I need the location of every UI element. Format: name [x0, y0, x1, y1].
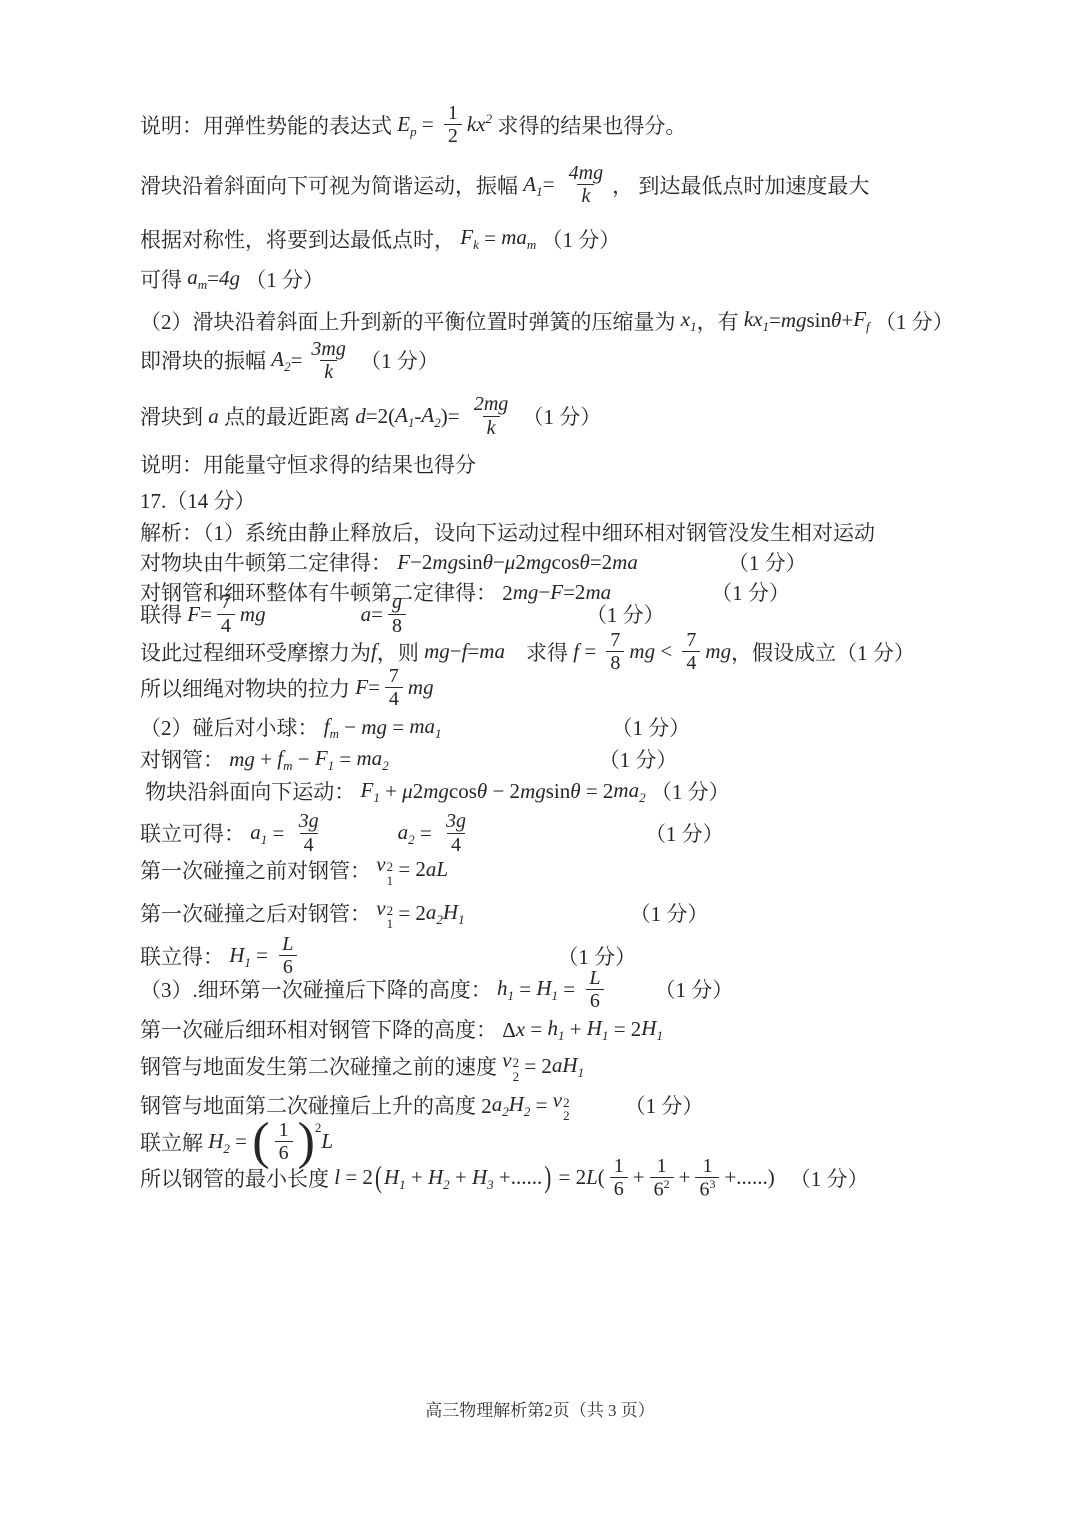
solution-line: 钢管与地面发生第二次碰撞之前的速度 v22 = 2aH1 — [140, 1048, 990, 1083]
text-run: = — [543, 172, 560, 197]
fraction: 12 — [444, 102, 462, 148]
math-run: H1 — [443, 900, 465, 926]
math-run: h1 — [547, 1016, 564, 1042]
math-run: L — [321, 1129, 333, 1154]
math-run: kx2 — [467, 112, 492, 137]
text-run: 第一次碰后细环相对钢管下降的高度： Δ — [140, 1014, 516, 1044]
fraction-numerator: 7 — [606, 629, 624, 651]
score-mark: （1 分） — [625, 1090, 704, 1120]
math-run: Fk — [460, 225, 479, 251]
fraction: L6 — [278, 933, 297, 979]
text-run: 说明：用能量守恒求得的结果也得分 — [140, 449, 476, 479]
fraction: 162 — [650, 1155, 674, 1201]
text-run: 联得 — [140, 599, 187, 629]
sup-sub-stack: 22 — [563, 1096, 570, 1123]
text-run: sin — [546, 779, 571, 804]
score-mark: （1 分） — [612, 712, 691, 742]
fraction: L6 — [585, 967, 604, 1013]
text-run: = 2 — [393, 857, 426, 882]
solution-line: 第一次碰撞之后对钢管： v21 = 2a2H1（1 分） — [140, 896, 990, 931]
text-run: = — [334, 747, 356, 772]
math-run: a — [208, 404, 219, 429]
text-run: 可得 — [140, 264, 187, 294]
math-run: F1 — [361, 778, 380, 804]
text-run: 设此过程细环受摩擦力为 — [140, 637, 371, 667]
close-paren: ) — [298, 1120, 315, 1164]
text-run: 所以细绳对物块的拉力 — [140, 673, 355, 703]
fraction-numerator: 1 — [698, 1155, 716, 1177]
text-run: 2 — [515, 550, 526, 575]
text-run: 联立得： — [140, 941, 229, 971]
text-run: 求得的结果也得分。 — [492, 110, 686, 140]
math-run: v21 — [376, 896, 393, 931]
text-run: （2）滑块沿着斜面上升到新的平衡位置时弹簧的压缩量为 — [140, 306, 681, 336]
math-run: aL — [426, 857, 448, 882]
score-mark: （1 分） — [542, 224, 621, 254]
text-run: 钢管与地面发生第二次碰撞之前的速度 — [140, 1051, 502, 1081]
text-run: = — [251, 943, 273, 968]
math-run: mg — [526, 550, 552, 575]
score-mark: （1 分） — [651, 776, 730, 806]
text-run: cos — [552, 550, 580, 575]
solution-line: 联立可得： a1 = 3g4a2 = 3g4（1 分） — [140, 808, 990, 858]
big-paren: ) — [544, 1160, 551, 1196]
text-run: + — [679, 1165, 691, 1190]
math-run: A1 — [395, 403, 414, 429]
math-run: Ep — [397, 112, 416, 138]
text-run: = 2 — [608, 1017, 641, 1042]
spacer — [411, 614, 586, 615]
text-run: sin — [458, 550, 483, 575]
text-run: + — [380, 779, 402, 804]
text-run: 对物块由牛顿第二定律得： — [140, 547, 397, 577]
math-run: H1 — [641, 1016, 663, 1042]
fraction-denominator: 6 — [275, 1141, 293, 1164]
fraction-numerator: 7 — [217, 591, 235, 613]
math-run: mg — [229, 747, 255, 772]
text-run: 所以钢管的最小长度 — [140, 1163, 334, 1193]
math-run: F — [355, 675, 368, 700]
math-run: ma2 — [357, 746, 389, 772]
text-run: − — [538, 580, 550, 605]
solution-line: 17.（14 分） — [140, 485, 990, 515]
spacer — [638, 562, 728, 563]
fraction-denominator: 4 — [300, 833, 318, 856]
math-run: aH1 — [552, 1053, 584, 1079]
math-run: v21 — [376, 852, 393, 887]
text-run: − 2 — [487, 779, 520, 804]
text-run: （3）.细环第一次碰撞后下降的高度： — [140, 974, 497, 1004]
score-mark: （1 分） — [836, 637, 915, 667]
text-run: = 2 — [581, 779, 614, 804]
fraction-denominator: 4 — [217, 614, 235, 637]
text-run: + — [841, 308, 853, 333]
solution-line: 解析：（1）系统由静止释放后，设向下运动过程中细环相对钢管没发生相对运动 — [140, 517, 990, 547]
text-run: = — [479, 226, 501, 251]
fraction-numerator: 7 — [385, 665, 403, 687]
fraction: 78 — [606, 629, 624, 675]
text-run: = — [415, 821, 437, 846]
text-run: = 2 — [340, 1165, 373, 1190]
math-run: L — [586, 1165, 598, 1190]
text-run: = — [368, 675, 380, 700]
math-run: ma — [479, 639, 505, 664]
text-run: 物块沿斜面向下运动： — [140, 776, 361, 806]
fraction-denominator: 6 — [610, 1177, 628, 1200]
math-run: A1 — [523, 172, 542, 198]
spacer — [389, 759, 599, 760]
text-run: （2）碰后对小球： — [140, 712, 324, 742]
text-run: = — [200, 602, 212, 627]
text-run: 联立解 — [140, 1127, 208, 1157]
math-run: 4g — [219, 266, 240, 291]
fraction-numerator: L — [585, 967, 604, 989]
solution-line: 第一次碰后细环相对钢管下降的高度： Δx = h1 + H1 = 2H1 — [140, 1014, 990, 1044]
solution-line: 根据对称性，将要到达最低点时， Fk = mam （1 分） — [140, 224, 990, 254]
text-run: 滑块沿着斜面向下可视为简谐运动，振幅 — [140, 170, 523, 200]
math-run: mg — [361, 715, 387, 740]
fraction: 3mgk — [307, 338, 349, 384]
fraction: 16 — [275, 1119, 293, 1165]
math-run: am — [187, 265, 207, 291]
math-run: θ — [580, 550, 590, 575]
math-run: mam — [501, 225, 536, 251]
text-run: + — [255, 747, 277, 772]
fraction-numerator: 3g — [295, 810, 323, 832]
text-run: 第一次碰撞之后对钢管： — [140, 898, 376, 928]
math-run: fm — [324, 714, 339, 740]
math-run: mg — [781, 308, 807, 333]
math-run: F — [550, 580, 563, 605]
text-run: 说明：用弹性势能的表达式 — [140, 110, 397, 140]
fraction: 2mgk — [470, 393, 512, 439]
text-run: − — [493, 550, 505, 575]
score-mark: （1 分） — [245, 264, 324, 294]
text-run: =2 — [563, 580, 585, 605]
score-mark: （1 分） — [654, 974, 733, 1004]
math-run: a2 — [426, 900, 443, 926]
text-run: = 2 — [553, 1165, 586, 1190]
fraction: 3g4 — [442, 810, 470, 856]
text-run: =2 — [590, 550, 612, 575]
solution-line: 第一次碰撞之前对钢管： v21 = 2aL — [140, 852, 990, 887]
text-run: = — [558, 977, 580, 1002]
spacer — [465, 913, 630, 914]
score-mark: （1 分） — [586, 599, 665, 629]
text-run: − — [293, 747, 315, 772]
text-run: −2 — [410, 550, 432, 575]
text-run: sin — [807, 308, 832, 333]
big-paren: ( — [375, 1160, 382, 1196]
score-mark: （1 分） — [728, 547, 807, 577]
math-run: ma2 — [613, 778, 645, 804]
math-run: mg — [432, 550, 458, 575]
fraction: 74 — [385, 665, 403, 711]
solution-line: 所以细绳对物块的拉力 F=74mg — [140, 663, 990, 713]
text-run: ，有 — [697, 306, 744, 336]
math-run: mg — [424, 639, 450, 664]
math-run: θ — [570, 779, 580, 804]
math-run: H1 — [587, 1016, 609, 1042]
math-run: kx1 — [744, 307, 769, 333]
math-run: H3 — [472, 1165, 494, 1191]
text-run: 联立可得： — [140, 818, 250, 848]
solution-line: 滑块沿着斜面向下可视为简谐运动，振幅 A1= 4mgk， 到达最低点时加速度最大 — [140, 160, 990, 210]
math-run: ma — [612, 550, 638, 575]
text-run: = — [579, 639, 601, 664]
math-run: A2 — [421, 403, 440, 429]
score-mark: （1 分） — [711, 577, 790, 607]
text-run: 对钢管： — [140, 744, 229, 774]
score-mark: （1 分） — [360, 345, 439, 375]
text-run: 第一次碰撞之前对钢管： — [140, 855, 376, 885]
text-run: =2( — [366, 404, 395, 429]
fraction-denominator: 6 — [586, 989, 604, 1012]
spacer — [266, 614, 361, 615]
math-run: F — [187, 602, 200, 627]
spacer — [611, 592, 711, 593]
fraction-numerator: 2mg — [470, 393, 512, 415]
text-run: = — [467, 639, 479, 664]
fraction: 16 — [610, 1155, 628, 1201]
text-run: ，则 — [377, 637, 424, 667]
fraction: 74 — [217, 591, 235, 637]
text-run: = — [371, 602, 383, 627]
fraction-denominator: 2 — [444, 124, 462, 147]
text-run: ， 到达最低点时加速度最大 — [612, 170, 869, 200]
solution-line: 说明：用能量守恒求得的结果也得分 — [140, 449, 990, 479]
fraction-numerator: L — [278, 933, 297, 955]
solution-line: 物块沿斜面向下运动： F1 + μ2mgcosθ − 2mgsinθ = 2ma… — [140, 776, 990, 806]
spacer — [475, 833, 645, 834]
math-run: θ — [831, 308, 841, 333]
solution-line: 可得 am=4g （1 分） — [140, 264, 990, 294]
math-run: v22 — [502, 1048, 519, 1083]
fraction-denominator: k — [577, 184, 594, 207]
math-run: mg — [520, 779, 546, 804]
text-run: + — [406, 1165, 428, 1190]
text-run: = — [417, 112, 439, 137]
text-run: = — [530, 1093, 552, 1118]
fraction-denominator: 4 — [385, 687, 403, 710]
math-run: h1 — [497, 976, 514, 1002]
math-run: mg — [705, 639, 731, 664]
document-page: 说明：用弹性势能的表达式 Ep = 12kx2 求得的结果也得分。滑块沿着斜面向… — [0, 0, 1080, 1527]
math-run: fm — [277, 746, 292, 772]
math-run: d — [355, 404, 366, 429]
solution-line: 说明：用弹性势能的表达式 Ep = 12kx2 求得的结果也得分。 — [140, 100, 990, 150]
fraction-numerator: 1 — [275, 1119, 293, 1141]
text-run: cos — [449, 779, 477, 804]
spacer — [775, 1177, 790, 1178]
math-run: F — [397, 550, 410, 575]
text-run: 求得 — [505, 637, 573, 667]
math-run: mg — [629, 639, 655, 664]
text-run: − — [450, 639, 462, 664]
fraction-numerator: 4mg — [565, 162, 607, 184]
text-run: 点的最近距离 — [219, 401, 356, 431]
fraction: g8 — [388, 591, 406, 637]
fraction-denominator: 63 — [695, 1177, 719, 1201]
solution-line: 对物块由牛顿第二定律得： F−2mgsinθ−μ2mgcosθ=2ma（1 分） — [140, 547, 990, 577]
math-run: H1 — [229, 943, 251, 969]
math-run: H2 — [509, 1092, 531, 1118]
solution-lines: 说明：用弹性势能的表达式 Ep = 12kx2 求得的结果也得分。滑块沿着斜面向… — [140, 100, 990, 1203]
text-run: )= — [441, 404, 465, 429]
fraction: 4mgk — [565, 162, 607, 208]
text-run: = — [525, 1017, 547, 1042]
fraction-denominator: 4 — [447, 833, 465, 856]
paren-fraction: (16)2 — [252, 1117, 321, 1167]
math-run: H2 — [208, 1129, 230, 1155]
fraction-numerator: g — [388, 591, 406, 613]
spacer — [328, 833, 398, 834]
fraction: 74 — [682, 629, 700, 675]
text-run: 根据对称性，将要到达最低点时， — [140, 224, 460, 254]
text-run: ，假设成立 — [731, 637, 836, 667]
spacer — [442, 727, 612, 728]
text-run: = — [207, 266, 219, 291]
solution-line: （3）.细环第一次碰撞后下降的高度： h1 = H1 = L6（1 分） — [140, 965, 990, 1015]
spacer — [570, 1105, 625, 1106]
text-run: − — [339, 715, 361, 740]
math-run: mg — [423, 779, 449, 804]
superscript: 2 — [563, 1096, 570, 1110]
fraction-numerator: 3mg — [307, 338, 349, 360]
spacer — [609, 989, 654, 990]
solution-line: 即滑块的振幅 A2=3mgk （1 分） — [140, 336, 990, 386]
math-run: ma1 — [409, 714, 441, 740]
fraction-numerator: 1 — [610, 1155, 628, 1177]
text-run: 17.（14 分） — [140, 485, 256, 515]
subscript: 2 — [563, 1109, 570, 1123]
math-run: θ — [477, 779, 487, 804]
math-run: μ — [505, 550, 516, 575]
solution-line: （2）碰后对小球： fm − mg = ma1（1 分） — [140, 712, 990, 742]
fraction: 163 — [695, 1155, 719, 1201]
score-mark: （1 分） — [790, 1163, 869, 1193]
math-run: H1 — [384, 1165, 406, 1191]
math-run: mg — [513, 580, 539, 605]
text-run: +......) — [724, 1165, 774, 1190]
fraction-denominator: k — [483, 416, 500, 439]
text-run: = — [387, 715, 409, 740]
text-run: = — [230, 1129, 252, 1154]
fraction-denominator: 4 — [682, 651, 700, 674]
fraction-denominator: 8 — [606, 651, 624, 674]
math-run: a2 — [398, 820, 415, 846]
score-mark: （1 分） — [523, 401, 602, 431]
text-run: + — [633, 1165, 645, 1190]
fraction-numerator: 3g — [442, 810, 470, 832]
text-run: < — [655, 639, 677, 664]
open-paren: ( — [252, 1120, 269, 1164]
text-run: = 2 — [519, 1054, 552, 1079]
math-run: x — [516, 1017, 525, 1042]
fraction-numerator: 1 — [653, 1155, 671, 1177]
math-run: θ — [483, 550, 493, 575]
page-footer: 高三物理解析第2页（共 3 页） — [0, 1396, 1080, 1421]
math-run: mg — [240, 602, 266, 627]
solution-line: （2）滑块沿着斜面上升到新的平衡位置时弹簧的压缩量为 x1，有 kx1=mgsi… — [140, 306, 990, 336]
text-run: + — [564, 1017, 586, 1042]
text-run: + — [450, 1165, 472, 1190]
fraction-numerator: 7 — [682, 629, 700, 651]
math-run: mg — [408, 675, 434, 700]
fraction-denominator: k — [320, 360, 337, 383]
math-run: Ff — [853, 307, 869, 333]
text-run: = — [769, 308, 781, 333]
math-run: H1 — [536, 976, 558, 1002]
score-mark: （1 分） — [875, 306, 954, 336]
text-run: 滑块到 — [140, 401, 208, 431]
math-run: μ — [402, 779, 413, 804]
text-run: = — [514, 977, 536, 1002]
math-run: x1 — [681, 307, 697, 333]
math-run: H2 — [428, 1165, 450, 1191]
math-run: a1 — [250, 820, 267, 846]
text-run: ( — [598, 1165, 605, 1190]
text-run: 即滑块的振幅 — [140, 345, 271, 375]
fraction-denominator: 8 — [388, 614, 406, 637]
solution-line: 滑块到 a 点的最近距离 d=2(A1-A2)= 2mgk （1 分） — [140, 391, 990, 441]
fraction-numerator: 1 — [444, 102, 462, 124]
text-run: = — [267, 821, 289, 846]
solution-line: 对钢管： mg + fm − F1 = ma2（1 分） — [140, 744, 990, 774]
text-run: 2 — [413, 779, 424, 804]
score-mark: （1 分） — [645, 818, 724, 848]
math-run: F1 — [315, 746, 334, 772]
text-run: = — [291, 348, 303, 373]
math-run: v22 — [553, 1088, 570, 1123]
spacer — [302, 955, 557, 956]
text-run: +...... — [494, 1165, 543, 1190]
fraction-denominator: 62 — [650, 1177, 674, 1201]
text-run: 钢管与地面第二次碰撞后上升的高度 2 — [140, 1090, 492, 1120]
math-run: A2 — [271, 347, 290, 373]
math-run: a2 — [492, 1092, 509, 1118]
score-mark: （1 分） — [630, 898, 709, 928]
score-mark: （1 分） — [599, 744, 678, 774]
text-run: 解析：（1）系统由静止释放后，设向下运动过程中细环相对钢管没发生相对运动 — [140, 517, 875, 547]
math-run: a — [361, 602, 372, 627]
fraction: 3g4 — [295, 810, 323, 856]
text-run: = 2 — [393, 901, 426, 926]
